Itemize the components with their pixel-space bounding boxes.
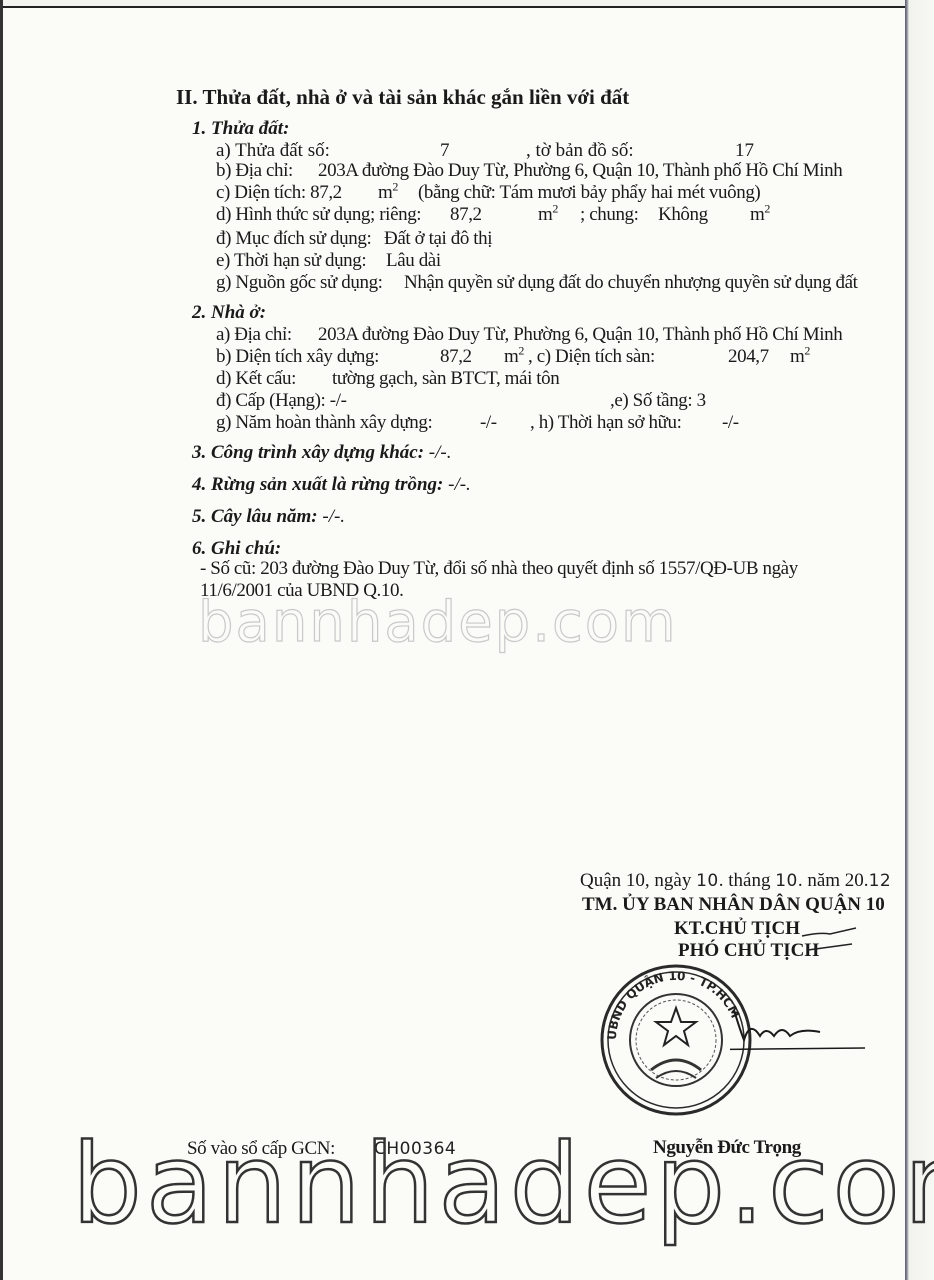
- land-use-private: 87,2: [450, 204, 482, 226]
- land-address-label: b) Địa chỉ:: [216, 160, 293, 182]
- land-purpose-label: đ) Mục đích sử dụng:: [216, 228, 371, 250]
- signer-role-2: PHÓ CHỦ TỊCH: [678, 940, 819, 962]
- forest-value: -/-.: [448, 474, 471, 495]
- issuing-org: TM. ỦY BAN NHÂN DÂN QUẬN 10: [582, 894, 885, 916]
- year-label: năm 20.: [807, 870, 868, 891]
- land-use-form-label: d) Hình thức sử dụng; riêng:: [216, 204, 421, 226]
- other-works-row: 3. Công trình xây dựng khác: -/-.: [192, 442, 451, 464]
- page-edge-left: [0, 0, 3, 1280]
- land-origin-label: g) Nguồn gốc sử dụng:: [216, 272, 383, 294]
- house-floor-area-label: , c) Diện tích sàn:: [528, 346, 655, 368]
- house-floor-area-unit: m2: [790, 346, 810, 368]
- other-works-value: -/-.: [429, 442, 452, 463]
- notes-heading: 6. Ghi chú:: [192, 538, 281, 560]
- land-origin: Nhận quyền sử dụng đất do chuyển nhượng …: [404, 272, 858, 294]
- month-label: tháng: [728, 870, 770, 891]
- date-prefix: Quận 10, ngày: [580, 870, 691, 891]
- notes-line-1: - Số cũ: 203 đường Đào Duy Từ, đổi số nh…: [200, 558, 798, 580]
- land-area-unit: m2: [378, 182, 398, 204]
- land-area-words: (bằng chữ: Tám mươi bảy phẩy hai mét vuô…: [418, 182, 760, 204]
- house-ownership-term-label: , h) Thời hạn sở hữu:: [530, 412, 681, 434]
- house-grade: đ) Cấp (Hạng): -/-: [216, 390, 347, 412]
- house-completion: -/-: [480, 412, 497, 434]
- house-footprint-label: b) Diện tích xây dựng:: [216, 346, 379, 368]
- signature-initial-icon: [800, 924, 860, 954]
- land-purpose: Đất ở tại đô thị: [384, 228, 492, 250]
- signing-date: Quận 10, ngày 10. tháng 10. năm 20.12: [580, 870, 891, 892]
- date-day: 10: [696, 871, 719, 891]
- house-structure: tường gạch, sàn BTCT, mái tôn: [332, 368, 559, 390]
- land-map-number: 17: [735, 140, 754, 162]
- signature-icon: [730, 1000, 870, 1060]
- land-parcel-number: 7: [440, 140, 450, 162]
- perennial-row: 5. Cây lâu năm: -/-.: [192, 506, 345, 528]
- other-works-heading: 3. Công trình xây dựng khác:: [192, 442, 424, 463]
- land-parcel-label: a) Thửa đất số:: [216, 140, 330, 162]
- watermark-dark: bannhadep.com: [72, 1120, 934, 1248]
- house-heading: 2. Nhà ở:: [192, 302, 266, 324]
- house-completion-label: g) Năm hoàn thành xây dựng:: [216, 412, 432, 434]
- house-structure-label: d) Kết cấu:: [216, 368, 296, 390]
- page-edge-top: [0, 0, 905, 8]
- house-floors: ,e) Số tầng: 3: [610, 390, 706, 412]
- house-footprint: 87,2: [440, 346, 472, 368]
- land-use-common: Không: [658, 204, 708, 226]
- perennial-heading: 5. Cây lâu năm:: [192, 506, 318, 527]
- page-edge-right: [905, 0, 934, 1280]
- watermark-light: bannhadep.com: [198, 590, 678, 655]
- house-floor-area: 204,7: [728, 346, 769, 368]
- house-address: 203A đường Đào Duy Từ, Phường 6, Quận 10…: [318, 324, 842, 346]
- land-heading: 1. Thửa đất:: [192, 118, 289, 140]
- land-use-common-label: ; chung:: [580, 204, 639, 226]
- house-ownership-term: -/-: [722, 412, 739, 434]
- land-map-label: , tờ bản đồ số:: [526, 140, 634, 162]
- land-use-private-unit: m2: [538, 204, 558, 226]
- section-title: II. Thửa đất, nhà ở và tài sản khác gắn …: [176, 86, 629, 108]
- forest-heading: 4. Rừng sản xuất là rừng trồng:: [192, 474, 443, 495]
- date-month: 10: [775, 871, 798, 891]
- house-footprint-unit: m2: [504, 346, 524, 368]
- land-use-common-unit: m2: [750, 204, 770, 226]
- forest-row: 4. Rừng sản xuất là rừng trồng: -/-.: [192, 474, 471, 496]
- signer-role-1: KT.CHỦ TỊCH: [674, 918, 800, 940]
- house-address-label: a) Địa chỉ:: [216, 324, 292, 346]
- date-year-suffix: 12: [869, 871, 892, 891]
- perennial-value: -/-.: [322, 506, 345, 527]
- land-term-label: e) Thời hạn sử dụng:: [216, 250, 366, 272]
- land-term: Lâu dài: [386, 250, 441, 272]
- land-area-label: c) Diện tích: 87,2: [216, 182, 342, 204]
